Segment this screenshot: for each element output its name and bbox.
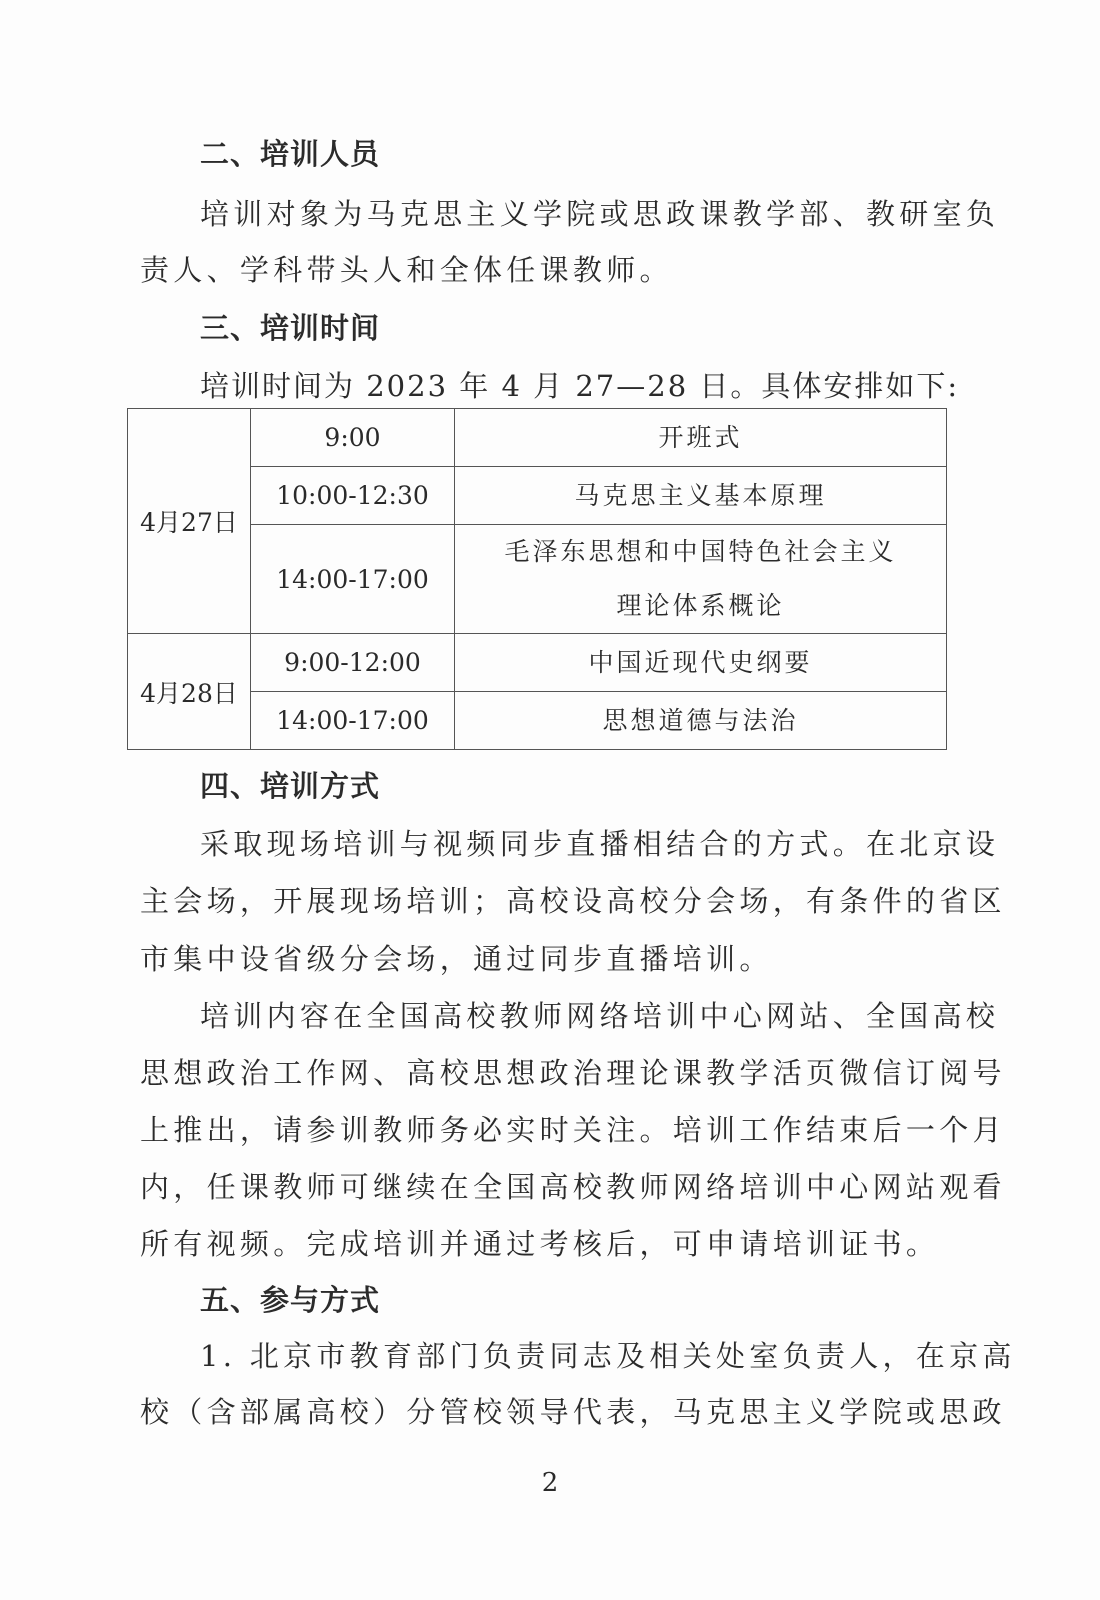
paragraph-line: 责人、学科带头人和全体任课教师。 bbox=[140, 250, 940, 290]
table-row: 4月28日 9:00-12:00 中国近现代史纲要 bbox=[128, 634, 947, 692]
topic-cell: 毛泽东思想和中国特色社会主义 理论体系概论 bbox=[455, 525, 947, 634]
time-cell: 14:00-17:00 bbox=[251, 692, 455, 750]
topic-cell: 中国近现代史纲要 bbox=[455, 634, 947, 692]
schedule-intro: 培训时间为 2023 年 4 月 27—28 日。具体安排如下: bbox=[200, 366, 940, 406]
date-cell: 4月27日 bbox=[128, 409, 251, 634]
paragraph-line: 上推出，请参训教师务必实时关注。培训工作结束后一个月 bbox=[140, 1110, 940, 1150]
date-cell: 4月28日 bbox=[128, 634, 251, 750]
paragraph-line: 主会场，开展现场培训；高校设高校分会场，有条件的省区 bbox=[140, 881, 940, 921]
paragraph-line: 培训对象为马克思主义学院或思政课教学部、教研室负 bbox=[200, 194, 940, 234]
time-cell: 10:00-12:30 bbox=[251, 467, 455, 525]
paragraph-line: 内，任课教师可继续在全国高校教师网络培训中心网站观看 bbox=[140, 1167, 940, 1207]
table-row: 10:00-12:30 马克思主义基本原理 bbox=[128, 467, 947, 525]
paragraph-line: 1. 北京市教育部门负责同志及相关处室负责人，在京高 bbox=[200, 1336, 940, 1376]
paragraph-line: 校（含部属高校）分管校领导代表，马克思主义学院或思政 bbox=[140, 1392, 940, 1432]
document-page: 二、培训人员 培训对象为马克思主义学院或思政课教学部、教研室负 责人、学科带头人… bbox=[0, 0, 1100, 1600]
topic-line: 毛泽东思想和中国特色社会主义 bbox=[455, 525, 946, 579]
table-row: 14:00-17:00 思想道德与法治 bbox=[128, 692, 947, 750]
section-heading-training-personnel: 二、培训人员 bbox=[200, 134, 1000, 174]
table-row: 14:00-17:00 毛泽东思想和中国特色社会主义 理论体系概论 bbox=[128, 525, 947, 634]
schedule-table: 4月27日 9:00 开班式 10:00-12:30 马克思主义基本原理 14:… bbox=[127, 408, 947, 750]
topic-cell: 马克思主义基本原理 bbox=[455, 467, 947, 525]
topic-line: 理论体系概论 bbox=[455, 579, 946, 633]
topic-cell: 开班式 bbox=[455, 409, 947, 467]
page-number: 2 bbox=[0, 1468, 1100, 1498]
table-row: 4月27日 9:00 开班式 bbox=[128, 409, 947, 467]
section-heading-training-time: 三、培训时间 bbox=[200, 308, 1000, 348]
time-cell: 9:00 bbox=[251, 409, 455, 467]
paragraph-line: 培训内容在全国高校教师网络培训中心网站、全国高校 bbox=[200, 996, 940, 1036]
time-cell: 14:00-17:00 bbox=[251, 525, 455, 634]
section-heading-training-method: 四、培训方式 bbox=[200, 766, 1000, 806]
paragraph-line: 市集中设省级分会场，通过同步直播培训。 bbox=[140, 939, 940, 979]
section-heading-participation: 五、参与方式 bbox=[200, 1280, 1000, 1320]
paragraph-line: 思想政治工作网、高校思想政治理论课教学活页微信订阅号 bbox=[140, 1053, 940, 1093]
paragraph-line: 采取现场培训与视频同步直播相结合的方式。在北京设 bbox=[200, 824, 940, 864]
time-cell: 9:00-12:00 bbox=[251, 634, 455, 692]
paragraph-line: 所有视频。完成培训并通过考核后，可申请培训证书。 bbox=[140, 1224, 940, 1264]
topic-cell: 思想道德与法治 bbox=[455, 692, 947, 750]
